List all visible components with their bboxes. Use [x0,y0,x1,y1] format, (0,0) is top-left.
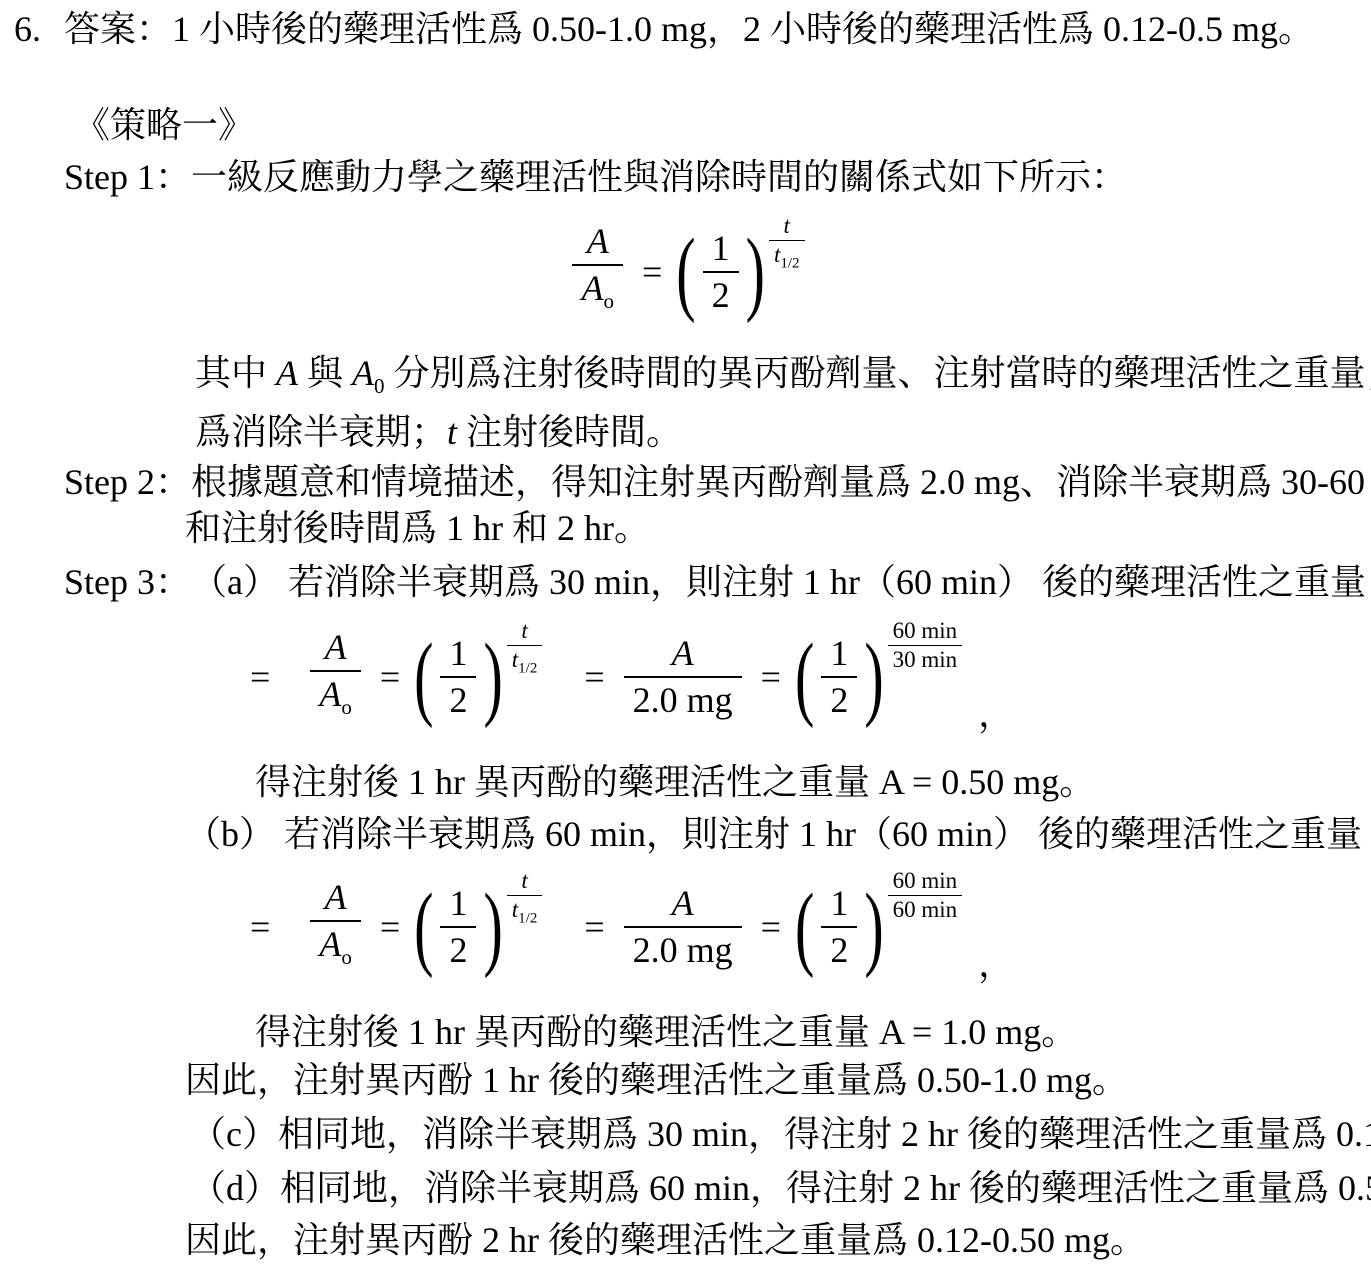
left-paren: ( [413,630,434,724]
subscript-o: o [341,695,352,719]
equals-sign: = [761,904,781,950]
subscript-o: o [341,945,352,969]
denominator: Ao [310,670,361,730]
text-fragment: 與 [298,353,352,393]
equals-sign: = [642,249,662,295]
item-c-text: （c）相同地，消除半衰期爲 30 min，得注射 2 hr 後的藥理活性之重量爲… [190,1111,1371,1157]
denominator: Ao [572,264,623,324]
numerator: 1 [821,631,857,676]
var-A0: A [352,353,374,393]
step3a-heading: （a） 若消除半衰期爲 30 min，則注射 1 hr（60 min） 後的藥理… [191,559,1366,605]
exp-numerator: 60 min [888,867,963,895]
exp-denominator: 60 min [888,895,963,924]
step3a-result: 得注射後 1 hr 異丙酚的藥理活性之重量 A = 0.50 mg。 [255,759,1371,805]
step3b-heading: （b） 若消除半衰期爲 60 min，則注射 1 hr（60 min） 後的藥理… [185,811,1371,857]
right-paren: ) [863,630,884,724]
subscript-1-2: 1/2 [518,661,537,677]
denominator: 2 [440,926,476,973]
exponent-60min-over-60min: 60 min 60 min [888,867,963,924]
item-number: 6. [14,6,64,52]
step2-text-line1: 根據題意和情境描述，得知注射異丙酚劑量爲 2.0 mg、消除半衰期爲 30-60… [191,459,1371,505]
fraction-A-over-2mg: A 2.0 mg [624,881,742,973]
subscript-1-2: 1/2 [518,911,537,927]
step2-label: Step 2： [64,459,191,505]
exp-numerator: t [507,617,543,645]
denominator: 2 [703,271,739,318]
explanation-line-1: 其中 A 與 A0 分別爲注射後時間的異丙酚劑量、注射當時的藥理活性之重量；t1… [195,350,1371,409]
fraction-one-half: 1 2 [821,631,857,723]
fraction-one-half: 1 2 [703,226,739,318]
fraction-A-over-2mg: A 2.0 mg [624,631,742,723]
var-A: A [325,877,347,917]
exp-denominator: t1/2 [507,895,543,933]
denominator: 2 [821,926,857,973]
numerator: 1 [440,881,476,926]
var-A: A [587,221,609,261]
var-A0: A [319,924,341,964]
exponent-t-over-thalf: t t1/2 [769,212,805,278]
exp-numerator: t [769,212,805,240]
step1-text: 一級反應動力學之藥理活性與消除時間的關係式如下所示： [191,154,1127,200]
var-A0: A [581,268,603,308]
var-t: t [521,868,527,893]
step3-label: Step 3： [64,559,191,605]
strategy-title: 《策略一》 [74,102,1371,148]
step1-line: Step 1： 一級反應動力學之藥理活性與消除時間的關係式如下所示： [64,154,1371,200]
denominator: Ao [310,920,361,980]
exponent-t-over-thalf: t t1/2 [507,617,543,683]
formula-first-order-kinetics: A Ao = ( 1 2 ) t t1/2 [0,216,1371,328]
right-paren: ) [863,880,884,974]
conclusion-1hr: 因此，注射異丙酚 1 hr 後的藥理活性之重量爲 0.50-1.0 mg。 [185,1057,1371,1103]
text-fragment: 爲消除半衰期； [195,412,447,452]
fraction-one-half: 1 2 [440,881,476,973]
explanation-line-2: 爲消除半衰期；t 注射後時間。 [195,409,1371,455]
item-d-text: （d）相同地，消除半衰期爲 60 min，得注射 2 hr 後的藥理活性之重量爲… [190,1165,1371,1211]
right-paren: ) [745,225,766,319]
denominator: 2.0 mg [624,926,742,973]
step2-text-line2: 和注射後時間爲 1 hr 和 2 hr。 [185,505,1371,551]
step3b-result: 得注射後 1 hr 異丙酚的藥理活性之重量 A = 1.0 mg。 [255,1009,1371,1055]
subscript-1-2: 1/2 [780,256,799,272]
left-paren: ( [675,225,696,319]
var-A0: A [319,674,341,714]
fraction-A-over-Ao: A Ao [572,219,623,324]
variable-explanation: 其中 A 與 A0 分別爲注射後時間的異丙酚劑量、注射當時的藥理活性之重量；t1… [195,350,1371,455]
numerator: A [572,219,623,264]
subscript-0: 0 [374,374,385,398]
fraction-one-half: 1 2 [440,631,476,723]
fraction-A-over-Ao: A Ao [310,625,361,730]
fraction-A-over-Ao: A Ao [310,875,361,980]
exp-numerator: t [507,867,543,895]
right-paren: ) [482,630,503,724]
exp-denominator: t1/2 [507,645,543,683]
denominator: 2.0 mg [624,676,742,723]
numerator: A [310,875,361,920]
var-A: A [325,627,347,667]
equals-sign: = [380,904,400,950]
equals-sign: = [761,654,781,700]
answer-text: 答案：1 小時後的藥理活性爲 0.50-1.0 mg，2 小時後的藥理活性爲 0… [64,6,1314,52]
equals-sign: = [584,904,604,950]
var-A: A [672,883,694,923]
text-fragment: 注射後時間。 [457,412,682,452]
answer-line: 6. 答案：1 小時後的藥理活性爲 0.50-1.0 mg，2 小時後的藥理活性… [14,6,1371,52]
numerator: A [624,881,742,926]
var-t: t [784,213,790,238]
exp-denominator: 30 min [888,645,963,674]
numerator: A [624,631,742,676]
numerator: A [310,625,361,670]
subscript-o: o [603,290,614,314]
equals-sign: = [250,904,270,950]
numerator: 1 [703,226,739,271]
step2-line: Step 2： 根據題意和情境描述，得知注射異丙酚劑量爲 2.0 mg、消除半衰… [64,459,1371,505]
exp-denominator: t1/2 [769,240,805,278]
denominator: 2 [821,676,857,723]
numerator: 1 [821,881,857,926]
step1-label: Step 1： [64,154,191,200]
text-fragment: 分別爲注射後時間的異丙酚劑量、注射當時的藥理活性之重量； [385,353,1371,393]
var-A: A [672,633,694,673]
numerator: 1 [440,631,476,676]
text-fragment: 其中 [195,353,276,393]
var-t: t [447,412,457,452]
left-paren: ( [794,880,815,974]
equals-sign: = [250,654,270,700]
fraction-one-half: 1 2 [821,881,857,973]
denominator: 2 [440,676,476,723]
formula-step3b: = A Ao = ( 1 2 ) t t1/2 = A 2.0 mg = ( 1… [250,871,1371,983]
exponent-60min-over-30min: 60 min 30 min [888,617,963,674]
document-page: 6. 答案：1 小時後的藥理活性爲 0.50-1.0 mg，2 小時後的藥理活性… [0,6,1371,1263]
left-paren: ( [413,880,434,974]
comma: ， [978,945,1014,983]
formula-step3a: = A Ao = ( 1 2 ) t t1/2 = A 2.0 mg = ( 1… [250,621,1371,733]
equals-sign: = [584,654,604,700]
left-paren: ( [794,630,815,724]
exponent-t-over-thalf: t t1/2 [507,867,543,933]
step3-line: Step 3： （a） 若消除半衰期爲 30 min，則注射 1 hr（60 m… [64,559,1371,605]
equals-sign: = [380,654,400,700]
right-paren: ) [482,880,503,974]
conclusion-2hr: 因此，注射異丙酚 2 hr 後的藥理活性之重量爲 0.12-0.50 mg。 [185,1217,1371,1263]
var-A: A [276,353,298,393]
exp-numerator: 60 min [888,617,963,645]
var-t: t [521,618,527,643]
comma: ， [978,695,1014,733]
